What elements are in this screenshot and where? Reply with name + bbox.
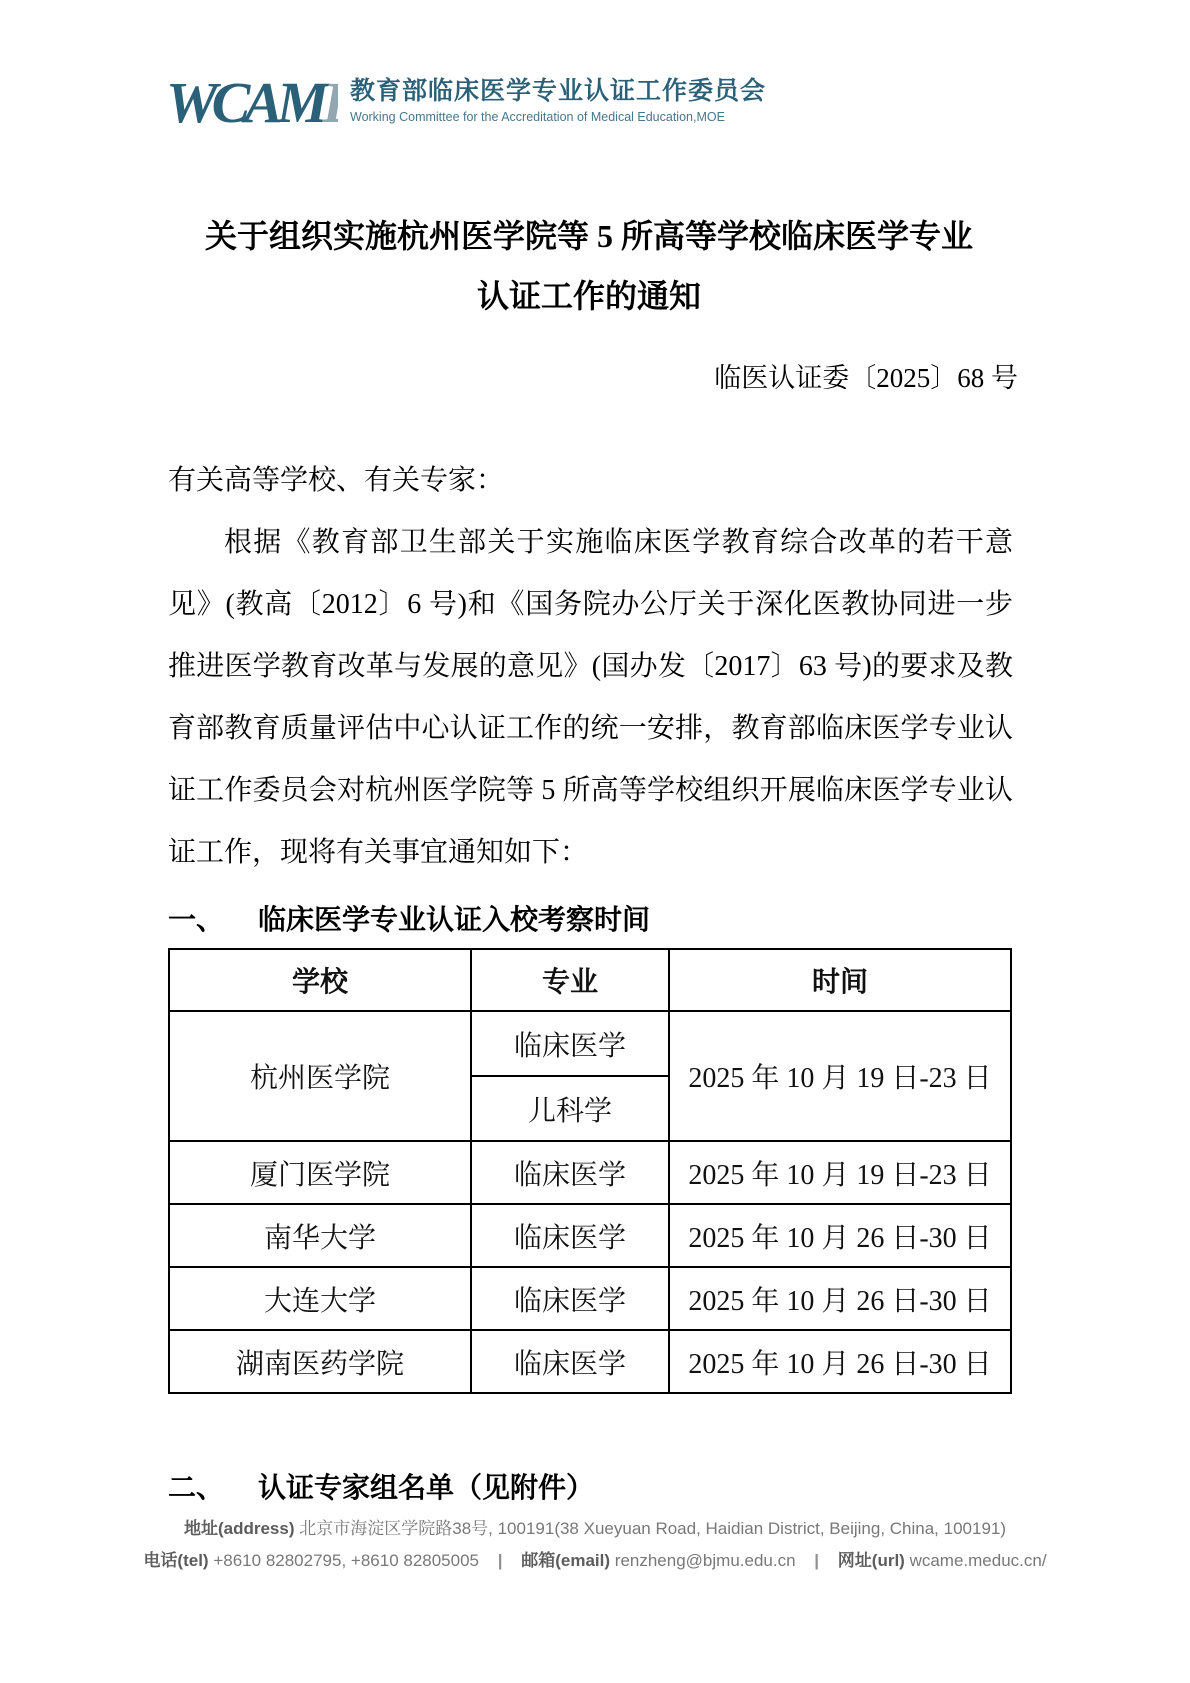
- url-label: 网址(url): [838, 1551, 905, 1570]
- table-row: 大连大学 临床医学 2025 年 10 月 26 日-30 日: [169, 1267, 1011, 1330]
- table-row: 厦门医学院 临床医学 2025 年 10 月 19 日-23 日: [169, 1141, 1011, 1204]
- table-row: 湖南医药学院 临床医学 2025 年 10 月 26 日-30 日: [169, 1330, 1011, 1393]
- inspection-schedule-table: 学校 专业 时间 杭州医学院 临床医学 2025 年 10 月 19 日-23 …: [168, 948, 1012, 1394]
- major-cell: 临床医学: [471, 1330, 669, 1393]
- time-cell: 2025 年 10 月 26 日-30 日: [669, 1267, 1011, 1330]
- school-cell: 南华大学: [169, 1204, 471, 1267]
- notice-body-paragraph: 根据《教育部卫生部关于实施临床医学教育综合改革的若干意见》(教高〔2012〕6 …: [168, 512, 1013, 884]
- notice-title-line1: 关于组织实施杭州医学院等 5 所高等学校临床医学专业: [168, 206, 1010, 266]
- tel-label: 电话(tel): [143, 1551, 208, 1570]
- column-header-time: 时间: [669, 949, 1011, 1011]
- section-1-title: 临床医学专业认证入校考察时间: [258, 904, 650, 935]
- section-2-number: 二、: [168, 1472, 224, 1503]
- footer-address-line: 地址(address) 北京市海淀区学院路38号, 100191(38 Xuey…: [0, 1513, 1190, 1545]
- document-number: 临医认证委〔2025〕68 号: [168, 356, 1018, 395]
- time-cell: 2025 年 10 月 19 日-23 日: [669, 1141, 1011, 1204]
- notice-title: 关于组织实施杭州医学院等 5 所高等学校临床医学专业 认证工作的通知: [168, 206, 1010, 326]
- footer-separator: |: [498, 1551, 503, 1570]
- time-cell: 2025 年 10 月 26 日-30 日: [669, 1204, 1011, 1267]
- school-cell: 大连大学: [169, 1267, 471, 1330]
- org-logo: WCAME 教育部临床医学专业认证工作委员会 Working Committee…: [166, 74, 766, 137]
- major-cell: 临床医学: [471, 1267, 669, 1330]
- school-cell: 厦门医学院: [169, 1141, 471, 1204]
- svg-text:WCAME: WCAME: [166, 74, 338, 132]
- org-name-block: 教育部临床医学专业认证工作委员会 Working Committee for t…: [350, 74, 766, 126]
- org-name-english: Working Committee for the Accreditation …: [350, 108, 766, 126]
- page-footer: 地址(address) 北京市海淀区学院路38号, 100191(38 Xuey…: [0, 1513, 1190, 1577]
- email-label: 邮箱(email): [521, 1551, 610, 1570]
- time-cell: 2025 年 10 月 26 日-30 日: [669, 1330, 1011, 1393]
- section-2-heading: 二、认证专家组名单（见附件）: [168, 1466, 1010, 1506]
- table-row: 杭州医学院 临床医学 2025 年 10 月 19 日-23 日: [169, 1011, 1011, 1076]
- school-cell: 杭州医学院: [169, 1011, 471, 1141]
- wcame-logo-icon: WCAME: [166, 74, 338, 137]
- table-row: 南华大学 临床医学 2025 年 10 月 26 日-30 日: [169, 1204, 1011, 1267]
- url-value: wcame.meduc.cn/: [910, 1551, 1047, 1570]
- major-cell: 临床医学: [471, 1141, 669, 1204]
- major-cell: 临床医学: [471, 1204, 669, 1267]
- email-value: renzheng@bjmu.edu.cn: [615, 1551, 796, 1570]
- major-cell: 临床医学: [471, 1011, 669, 1076]
- salutation: 有关高等学校、有关专家：: [168, 458, 1010, 498]
- time-cell: 2025 年 10 月 19 日-23 日: [669, 1011, 1011, 1141]
- address-label: 地址(address): [184, 1519, 295, 1538]
- section-1-number: 一、: [168, 904, 224, 935]
- section-1-heading: 一、临床医学专业认证入校考察时间: [168, 898, 1010, 938]
- tel-value: +8610 82802795, +8610 82805005: [213, 1551, 479, 1570]
- org-name-chinese: 教育部临床医学专业认证工作委员会: [350, 76, 766, 106]
- footer-contact-line: 电话(tel) +8610 82802795, +8610 82805005 |…: [0, 1545, 1190, 1577]
- school-cell: 湖南医药学院: [169, 1330, 471, 1393]
- notice-document-page: WCAME 教育部临床医学专业认证工作委员会 Working Committee…: [0, 0, 1190, 1683]
- column-header-major: 专业: [471, 949, 669, 1011]
- section-2-title: 认证专家组名单（见附件）: [258, 1472, 594, 1503]
- footer-separator: |: [814, 1551, 819, 1570]
- major-cell: 儿科学: [471, 1076, 669, 1141]
- notice-title-line2: 认证工作的通知: [168, 266, 1010, 326]
- table-header-row: 学校 专业 时间: [169, 949, 1011, 1011]
- address-value: 北京市海淀区学院路38号, 100191(38 Xueyuan Road, Ha…: [299, 1519, 1006, 1538]
- column-header-school: 学校: [169, 949, 471, 1011]
